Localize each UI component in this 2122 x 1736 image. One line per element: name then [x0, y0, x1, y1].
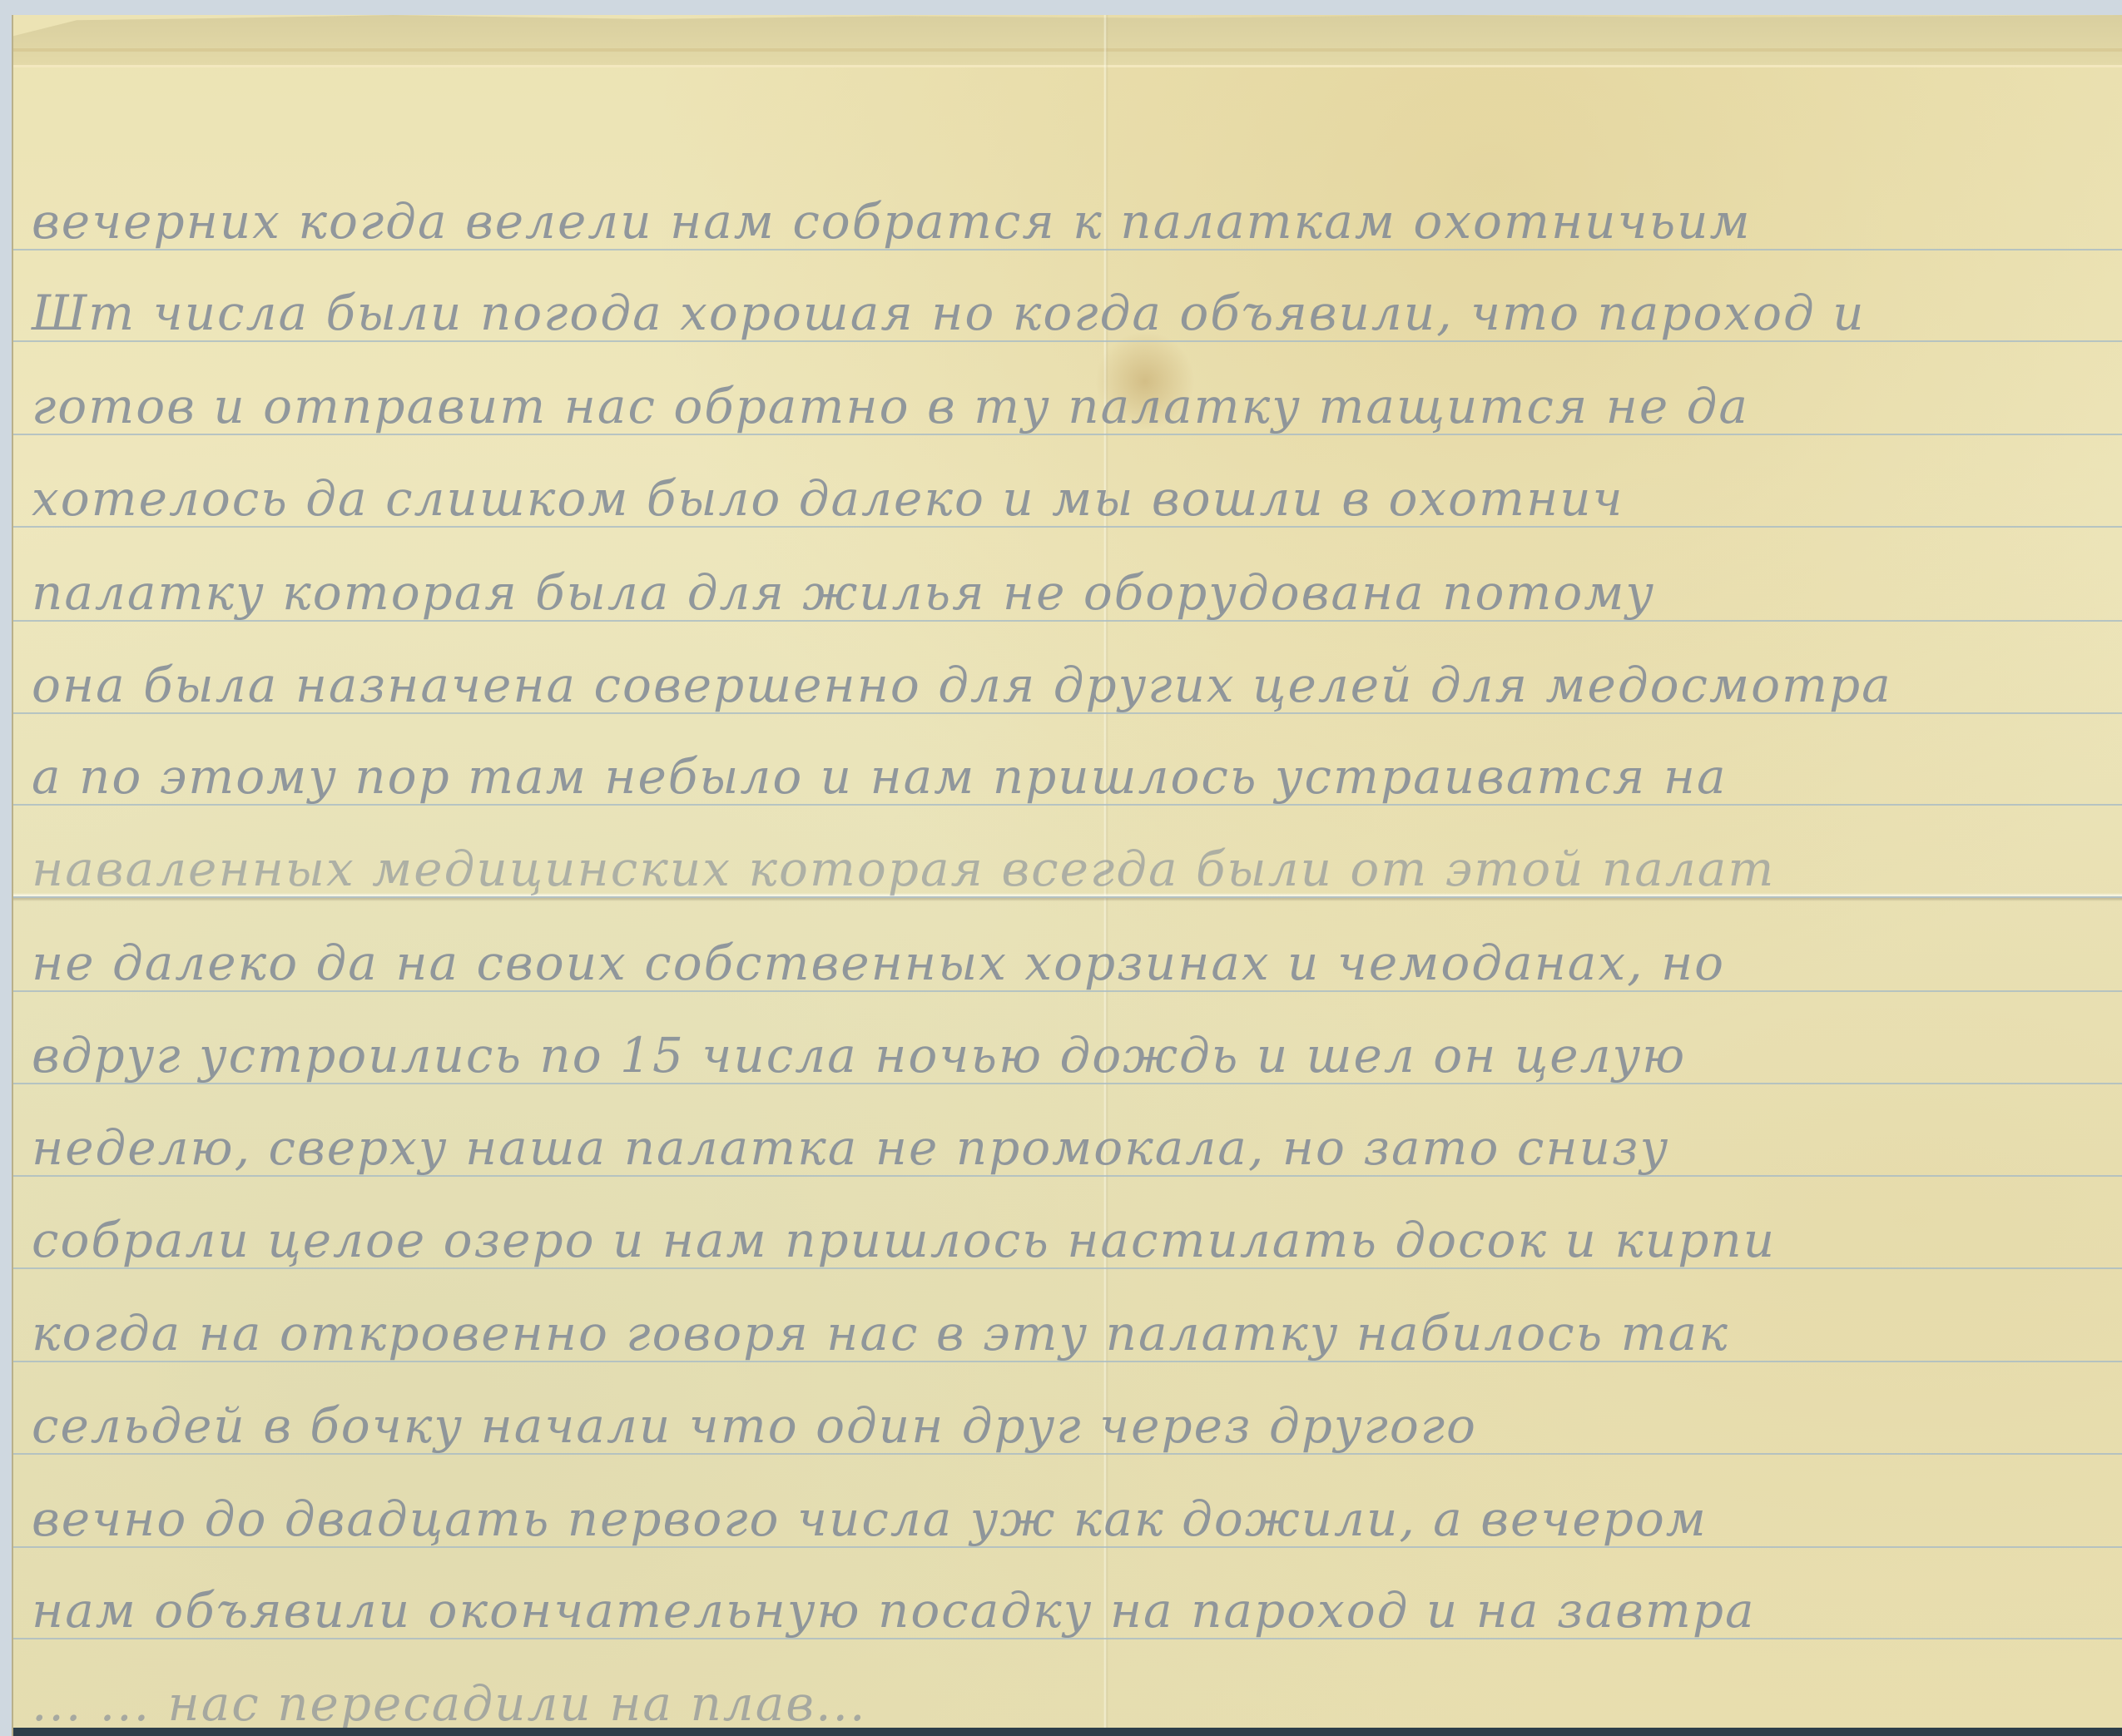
text-line: неделю, сверху наша палатка не промокала…: [32, 1119, 1669, 1176]
scan-bottom-edge: [13, 1728, 2122, 1736]
text-line: собрали целое озеро и нам пришлось насти…: [32, 1212, 1776, 1268]
text-line: готов и отправит нас обратно в ту палатк…: [32, 378, 1749, 434]
text-line: она была назначена совершенно для других…: [32, 657, 1892, 713]
text-line: вдруг устроились по 15 числа ночью дождь…: [32, 1027, 1686, 1084]
text-line: а по этому пор там небыло и нам пришлось…: [32, 748, 1728, 805]
text-line: ... ... нас пересадили на плав...: [32, 1675, 866, 1732]
text-line: сельдей в бочку начали что один друг чер…: [32, 1397, 1477, 1454]
text-line: Шт числа были погода хорошая но когда об…: [32, 285, 1866, 341]
text-line: палатку которая была для жилья не оборуд…: [32, 564, 1655, 621]
torn-top-edge: [13, 15, 2122, 67]
text-line: нам объявили окончательную посадку на па…: [32, 1582, 1756, 1639]
top-fold-line: [13, 48, 2122, 52]
text-line: наваленных медицинских которая всегда бы…: [32, 841, 1775, 897]
text-line: вечерних когда велели нам собратся к пал…: [32, 193, 1752, 250]
text-line: хотелось да слишком было далеко и мы вош…: [32, 470, 1624, 527]
text-line: когда на откровенно говоря нас в эту пал…: [32, 1305, 1729, 1362]
letter-sheet: вечерних когда велели нам собратся к пал…: [12, 15, 2122, 1736]
text-line: не далеко да на своих собственных хорзин…: [32, 935, 1725, 991]
text-line: вечно до двадцать первого числа уж как д…: [32, 1490, 1708, 1547]
